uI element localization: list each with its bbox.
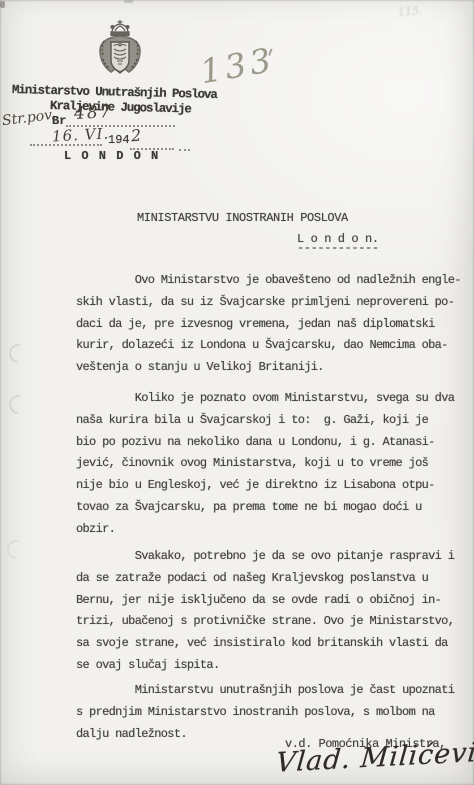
handwritten-number: 487 <box>74 102 113 124</box>
coat-of-arms-icon <box>91 19 149 83</box>
paragraph-3: Svakako, potrebno je da se ovo pitanje r… <box>76 546 468 677</box>
punch-hole-mark <box>9 395 28 414</box>
handwritten-classification: Str.pov. <box>1 107 55 129</box>
recipient-title: MINISTARSTVU INOSTRANIH POSLOVA <box>137 211 348 225</box>
faint-corner-mark: 115. <box>398 4 423 19</box>
letterhead-city: L O N D O N <box>64 149 160 163</box>
document-page: 115. 133 ' Minista <box>0 0 474 785</box>
handwritten-year-digit: 2 <box>130 126 142 146</box>
punch-hole-mark <box>9 344 28 363</box>
letterhead-ministry: Ministarstvo Unutrašnjih Poslova <box>12 83 217 102</box>
paragraph-2: Koliko je poznato ovom Ministarstvu, sve… <box>76 388 468 541</box>
recipient-underline: ------------ <box>297 241 379 255</box>
scan-artifact <box>0 1 5 8</box>
paragraph-4: Ministarstvu unutrašnjih poslova je čast… <box>76 680 468 745</box>
paragraph-1: Ovo Ministarstvo je obavešteno od nadlež… <box>76 270 468 379</box>
punch-hole-mark <box>7 540 26 559</box>
dotted-line <box>179 148 190 151</box>
dotted-line <box>30 143 102 146</box>
scan-artifact <box>124 0 133 3</box>
printed-year-prefix: 194 <box>108 133 130 147</box>
letterhead-kingdom: Kraljevine Jugoslavije <box>50 99 191 116</box>
